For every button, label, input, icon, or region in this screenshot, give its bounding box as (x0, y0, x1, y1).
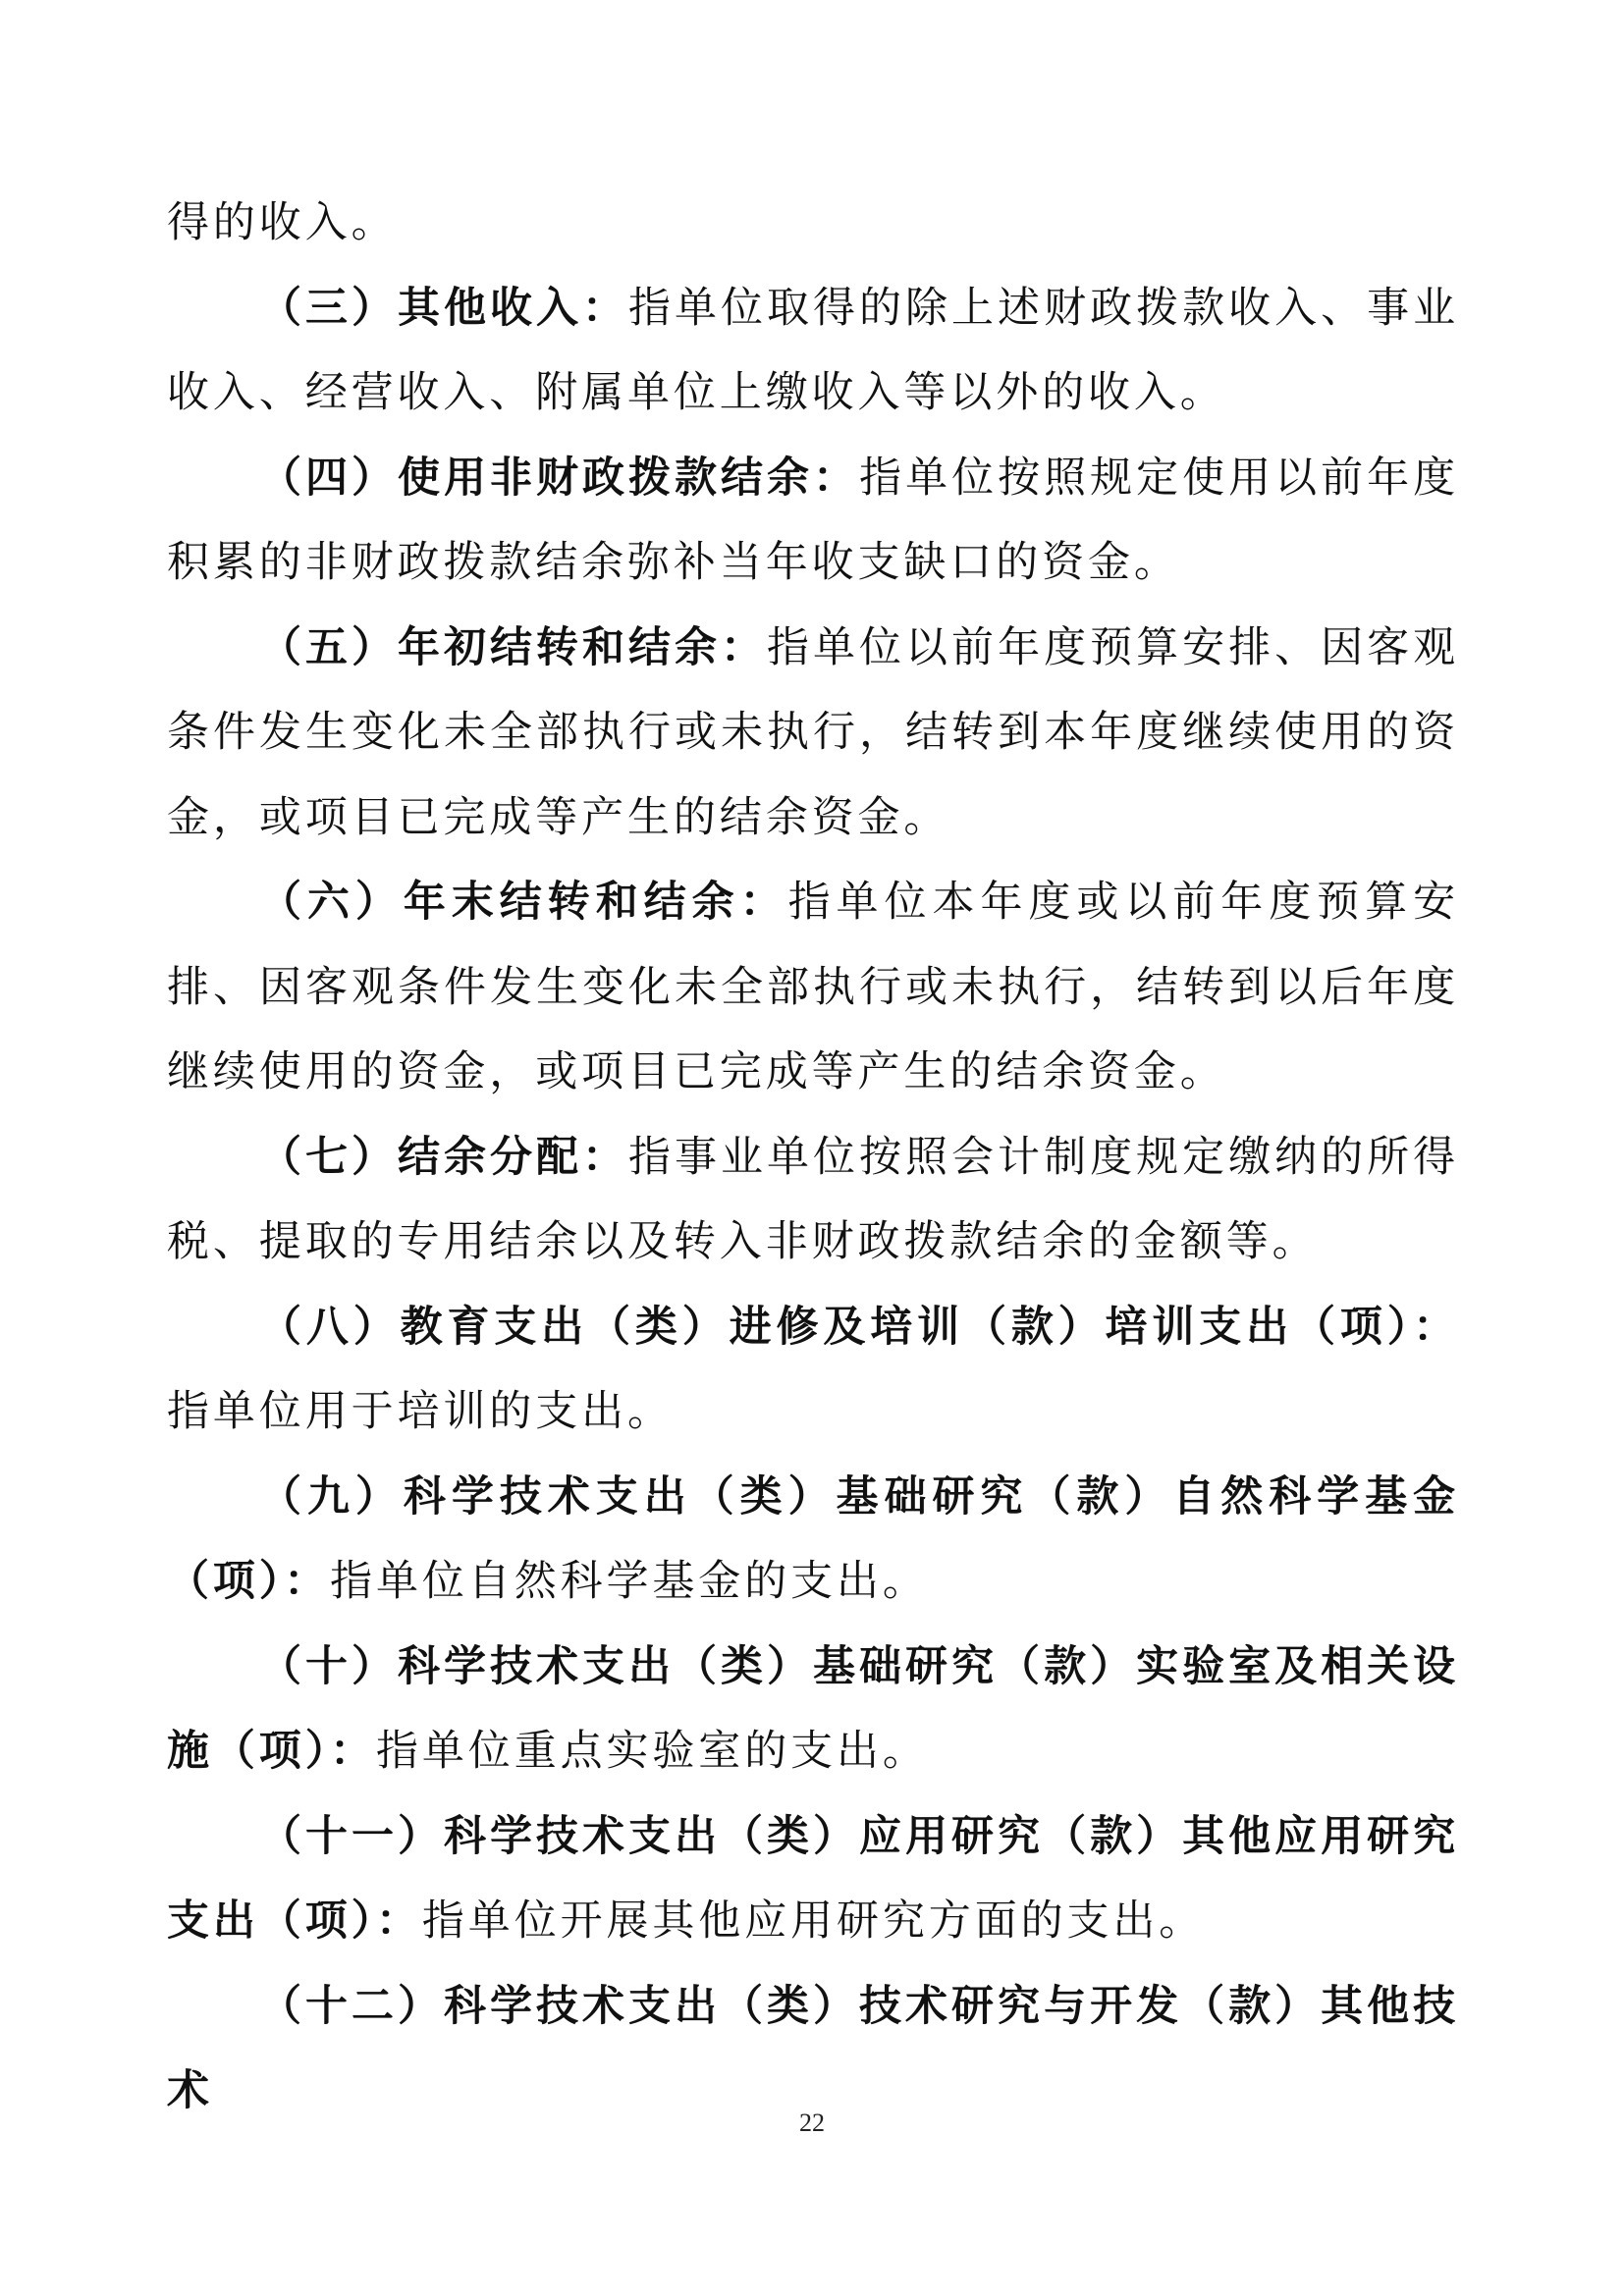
paragraph-non-fiscal-balance-use: （四）使用非财政拨款结余：指单位按照规定使用以前年度积累的非财政拨款结余弥补当年… (167, 436, 1459, 606)
term-heading: （六）年末结转和结余： (259, 878, 788, 927)
paragraph-other-applied-research: （十一）科学技术支出（类）应用研究（款）其他应用研究支出（项）：指单位开展其他应… (167, 1794, 1459, 1964)
paragraph-education-training: （八）教育支出（类）进修及培训（款）培训支出（项）：指单位用于培训的支出。 (167, 1285, 1459, 1455)
paragraph-laboratory-facilities: （十）科学技术支出（类）基础研究（款）实验室及相关设施（项）：指单位重点实验室的… (167, 1625, 1459, 1794)
page-number: 22 (0, 2109, 1624, 2138)
body-text: 得的收入。 （三）其他收入：指单位取得的除上述财政拨款收入、事业收入、经营收入、… (167, 181, 1459, 2134)
term-heading: （八）教育支出（类）进修及培训（款）培训支出（项）： (259, 1303, 1459, 1352)
document-page: 得的收入。 （三）其他收入：指单位取得的除上述财政拨款收入、事业收入、经营收入、… (0, 0, 1624, 2296)
paragraph-balance-distribution: （七）结余分配：指事业单位按照会计制度规定缴纳的所得税、提取的专用结余以及转入非… (167, 1115, 1459, 1285)
term-definition: 指单位自然科学基金的支出。 (330, 1557, 929, 1606)
term-heading: （五）年初结转和结余： (259, 623, 767, 672)
term-definition: 指单位用于培训的支出。 (167, 1387, 674, 1436)
paragraph-opening-carryover: （五）年初结转和结余：指单位以前年度预算安排、因客观条件发生变化未全部执行或未执… (167, 606, 1459, 861)
paragraph-natural-science-fund: （九）科学技术支出（类）基础研究（款）自然科学基金（项）：指单位自然科学基金的支… (167, 1455, 1459, 1625)
continuation-text: 得的收入。 (167, 198, 398, 247)
term-definition: 指单位开展其他应用研究方面的支出。 (422, 1896, 1205, 1946)
term-definition: 指单位重点实验室的支出。 (376, 1727, 929, 1776)
term-heading: （四）使用非财政拨款结余： (259, 454, 859, 503)
paragraph-other-income: （三）其他收入：指单位取得的除上述财政拨款收入、事业收入、经营收入、附属单位上缴… (167, 266, 1459, 436)
term-heading: （十二）科学技术支出（类）技术研究与开发（款）其他技术 (167, 1982, 1459, 2116)
term-heading: （三）其他收入： (259, 284, 628, 333)
term-heading: （七）结余分配： (259, 1133, 628, 1182)
paragraph-continuation: 得的收入。 (167, 181, 1459, 266)
paragraph-closing-carryover: （六）年末结转和结余：指单位本年度或以前年度预算安排、因客观条件发生变化未全部执… (167, 860, 1459, 1115)
